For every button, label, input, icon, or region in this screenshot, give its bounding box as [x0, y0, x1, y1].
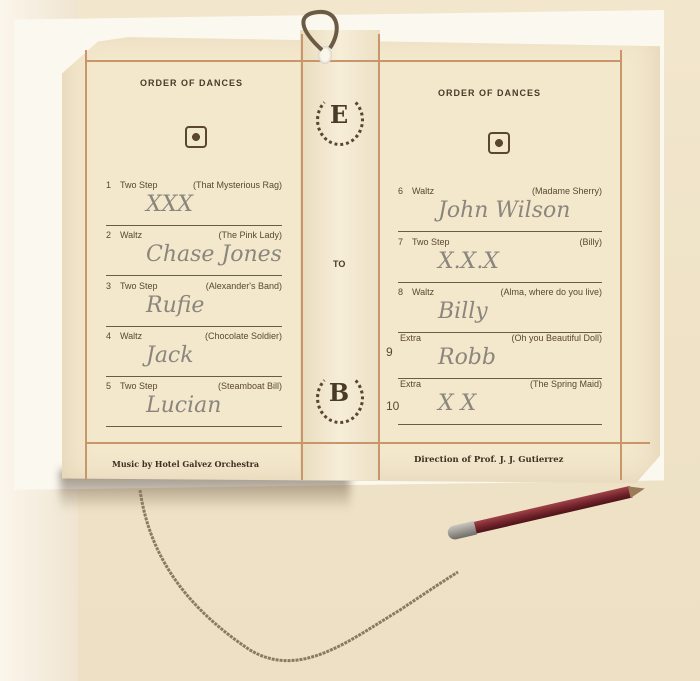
partner-signature: John Wilson: [438, 198, 570, 223]
border-line: [85, 60, 622, 62]
partner-signature: X.X.X: [438, 249, 499, 274]
left-heading: ORDER OF DANCES: [140, 78, 243, 88]
border-line: [85, 442, 650, 444]
monogram-top: E: [314, 90, 364, 146]
border-line: [85, 50, 87, 480]
footer-orchestra: Music by Hotel Galvez Orchestra: [112, 459, 259, 469]
dance-row-1: 1 Two Step (That Mysterious Rag) XXX: [106, 180, 282, 226]
footer-director: Direction of Prof. J. J. Gutierrez: [414, 455, 563, 465]
dance-row-10: 10 Extra (The Spring Maid) X X: [398, 379, 602, 425]
dance-row-8: 8 Waltz (Alma, where do you live) Billy: [398, 287, 602, 333]
partner-signature: Jack: [146, 343, 194, 368]
partner-signature: Robb: [438, 345, 496, 370]
ornament-icon: [488, 132, 510, 154]
dance-row-3: 3 Two Step (Alexander's Band) Rufie: [106, 281, 282, 327]
border-line: [378, 34, 380, 480]
dance-row-4: 4 Waltz (Chocolate Soldier) Jack: [106, 331, 282, 377]
partner-signature: Billy: [438, 299, 488, 324]
partner-signature: Chase Jones: [146, 242, 282, 267]
partner-signature: X X: [438, 391, 476, 416]
dance-row-6: 6 Waltz (Madame Sherry) John Wilson: [398, 186, 602, 232]
dance-row-7: 7 Two Step (Billy) X.X.X: [398, 237, 602, 283]
ornament-icon: [185, 126, 207, 148]
partner-signature: Lucian: [146, 393, 221, 418]
dance-row-2: 2 Waltz (The Pink Lady) Chase Jones: [106, 230, 282, 276]
monogram-bottom: B: [314, 368, 364, 424]
pencil-tip: [628, 483, 646, 498]
partner-signature: Rufie: [146, 293, 204, 318]
string-hole: [318, 46, 332, 64]
dance-row-9: 9 Extra (Oh you Beautiful Doll) Robb: [398, 333, 602, 379]
right-heading: ORDER OF DANCES: [438, 88, 541, 98]
partner-signature: XXX: [146, 192, 193, 217]
dance-row-5: 5 Two Step (Steamboat Bill) Lucian: [106, 381, 282, 427]
border-line: [620, 50, 622, 480]
border-line: [301, 34, 303, 480]
to-label: TO: [333, 259, 345, 269]
